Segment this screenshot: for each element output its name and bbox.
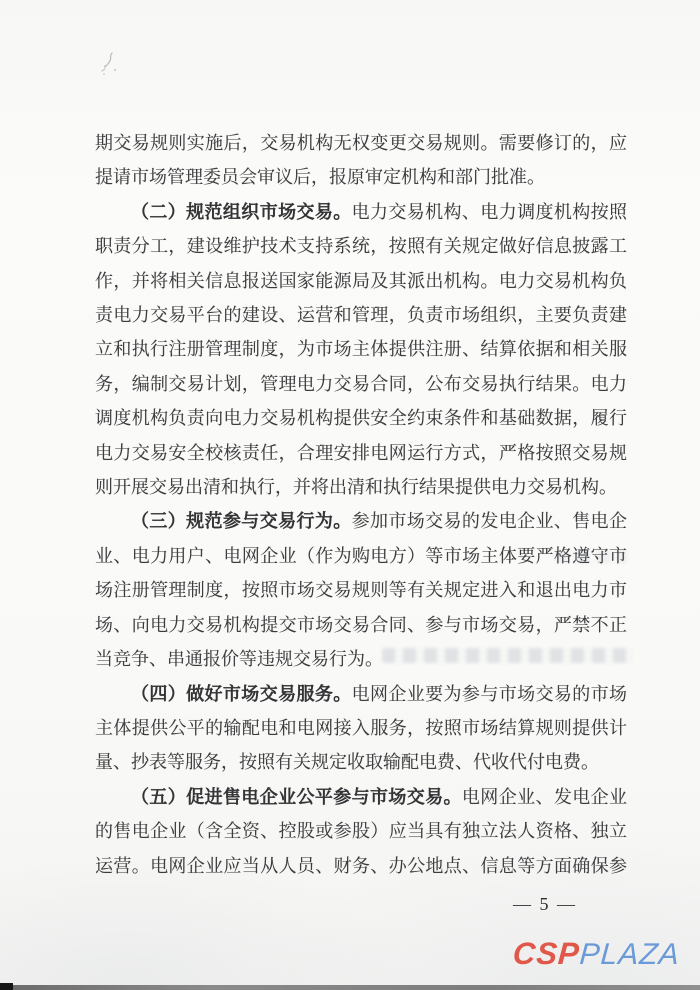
cspplaza-watermark-logo: CSPPLAZA [512,936,681,972]
ink-bleedthrough-smudge [382,648,634,663]
page-number: — 5 — [478,894,612,915]
watermark-plaza-text: PLAZA [579,938,681,971]
text-line: 务，编制交易计划，管理电力交易合同，公布交易执行结果。电力 [95,367,627,401]
text-line: 量、抄表等服务，按照有关规定收取输配电费、代收代付电费。 [95,745,627,779]
text-line: 职责分工，建设维护技术支持系统，按照有关规定做好信息披露工 [95,229,627,263]
pencil-scribble-mark [98,50,124,78]
scanner-edge-corner [0,983,13,990]
text-line: 的售电企业（含全资、控股或参股）应当具有独立法人资格、独立 [95,814,627,848]
document-body: 期交易规则实施后，交易机构无权变更交易规则。需要修订的，应提请市场管理委员会审议… [95,126,627,883]
text-line: 场、向电力交易机构提交市场交易合同、参与市场交易，严禁不正 [95,608,627,642]
section-heading: （三）规范参与交易行为。 [131,511,352,531]
section-heading: （五）促进售电企业公平参与市场交易。 [131,787,462,807]
text-line: 场注册管理制度，按照市场交易规则等有关规定进入和退出电力市 [95,573,627,607]
section-heading: （四）做好市场交易服务。 [131,684,352,704]
section-heading: （二）规范组织市场交易。 [131,202,352,222]
ink-bleedthrough-smudge [555,551,627,563]
watermark-csp-text: CSP [512,936,581,971]
text-line: 则开展交易出清和执行，并将出清和执行结果提供电力交易机构。 [95,470,627,504]
text-line: （四）做好市场交易服务。电网企业要为参与市场交易的市场 [95,677,627,711]
text-line: 提请市场管理委员会审议后，报原审定机构和部门批准。 [95,160,627,194]
scanned-document-page: 期交易规则实施后，交易机构无权变更交易规则。需要修订的，应提请市场管理委员会审议… [0,0,700,990]
text-line: （三）规范参与交易行为。参加市场交易的发电企业、售电企 [95,504,627,538]
text-line: 业、电力用户、电网企业（作为购电方）等市场主体要严格遵守市 [95,539,627,573]
text-line: 电力交易安全校核责任，合理安排电网运行方式，严格按照交易规 [95,436,627,470]
text-line: 调度机构负责向电力交易机构提供安全约束条件和基础数据，履行 [95,401,627,435]
text-line: 责电力交易平台的建设、运营和管理，负责市场组织，主要负责建 [95,298,627,332]
text-line: （二）规范组织市场交易。电力交易机构、电力调度机构按照 [95,195,627,229]
text-line: 作，并将相关信息报送国家能源局及其派出机构。电力交易机构负 [95,264,627,298]
text-line: 期交易规则实施后，交易机构无权变更交易规则。需要修订的，应 [95,126,627,160]
text-line: 运营。电网企业应当从人员、财务、办公地点、信息等方面确保参 [95,849,627,883]
text-line: 主体提供公平的输配电和电网接入服务，按照市场结算规则提供计 [95,711,627,745]
text-line: 立和执行注册管理制度，为市场主体提供注册、结算依据和相关服 [95,332,627,366]
scanner-edge-shadow [0,985,700,990]
text-line: （五）促进售电企业公平参与市场交易。电网企业、发电企业 [95,780,627,814]
